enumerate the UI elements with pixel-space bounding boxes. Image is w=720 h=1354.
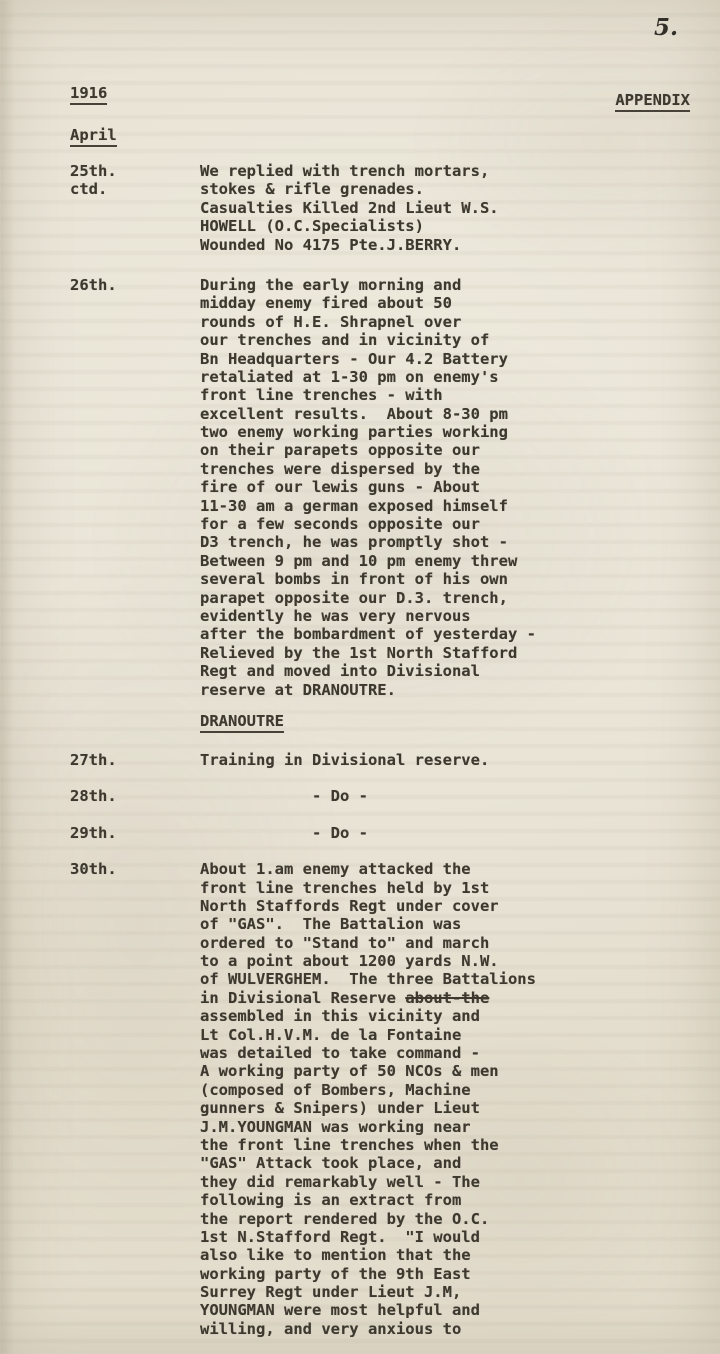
entry-line: trenches were dispersed by the xyxy=(200,460,720,478)
entry-line: parapet opposite our D.3. trench, xyxy=(200,589,720,607)
entry-line: midday enemy fired about 50 xyxy=(200,294,720,312)
entry-date-line: 29th. xyxy=(70,824,200,842)
entry-date-line: 30th. xyxy=(70,860,200,878)
entry-line: Bn Headquarters - Our 4.2 Battery xyxy=(200,350,720,368)
entry-line: Relieved by the 1st North Stafford xyxy=(200,644,720,662)
entry-line: willing, and very anxious to xyxy=(200,1320,720,1338)
entry-date: 29th. xyxy=(70,824,200,842)
entry-line: working party of the 9th East xyxy=(200,1265,720,1283)
entry-line: J.M.YOUNGMAN was working near xyxy=(200,1118,720,1136)
entry-line: Training in Divisional reserve. xyxy=(200,751,720,769)
entry-line: D3 trench, he was promptly shot - xyxy=(200,533,720,551)
diary-entry-30th: 30th. About 1.am enemy attacked thefront… xyxy=(0,860,720,1338)
entry-date-line: 27th. xyxy=(70,751,200,769)
entry-line: About 1.am enemy attacked the xyxy=(200,860,720,878)
entry-line: also like to mention that the xyxy=(200,1246,720,1264)
entry-line: - Do - xyxy=(200,824,720,842)
entry-body: About 1.am enemy attacked thefront line … xyxy=(200,860,720,1338)
entry-body: During the early morning andmidday enemy… xyxy=(200,276,720,699)
entry-line: front line trenches - with xyxy=(200,386,720,404)
entry-line: Casualties Killed 2nd Lieut W.S. xyxy=(200,199,720,217)
entry-line: North Staffords Regt under cover xyxy=(200,897,720,915)
entry-line: our trenches and in vicinity of xyxy=(200,331,720,349)
entry-line-text: in Divisional Reserve xyxy=(200,989,405,1007)
month-heading-text: April xyxy=(70,126,117,147)
entry-date: 30th. xyxy=(70,860,200,1338)
entry-date-continued: ctd. xyxy=(70,180,200,198)
entry-line: YOUNGMAN were most helpful and xyxy=(200,1301,720,1319)
strikethrough-text: about-the xyxy=(405,989,489,1007)
diary-entry-28th: 28th. - Do - xyxy=(0,787,720,805)
year-heading-text: 1916 xyxy=(70,84,107,105)
entry-line: in Divisional Reserve about-the xyxy=(200,989,720,1007)
entry-line: HOWELL (O.C.Specialists) xyxy=(200,217,720,235)
diary-entry-27th: 27th. Training in Divisional reserve. xyxy=(0,751,720,769)
entry-line: excellent results. About 8-30 pm xyxy=(200,405,720,423)
entry-line: During the early morning and xyxy=(200,276,720,294)
entry-line: Regt and moved into Divisional xyxy=(200,662,720,680)
entry-body: - Do - xyxy=(200,824,720,842)
diary-entries: 25th. ctd. We replied with trench mortar… xyxy=(0,162,720,1338)
entry-date: 27th. xyxy=(70,751,200,769)
entry-body: - Do - xyxy=(200,787,720,805)
page-number: 5. xyxy=(654,14,678,41)
diary-entry-29th: 29th. - Do - xyxy=(0,824,720,842)
entry-line: 1st N.Stafford Regt. "I would xyxy=(200,1228,720,1246)
entry-line: front line trenches held by 1st xyxy=(200,879,720,897)
entry-line: on their parapets opposite our xyxy=(200,441,720,459)
section-heading-text: DRANOUTRE xyxy=(200,712,284,733)
year-heading: 1916 xyxy=(70,84,107,105)
entry-line: A working party of 50 NCOs & men xyxy=(200,1062,720,1080)
entry-line: rounds of H.E. Shrapnel over xyxy=(200,313,720,331)
entry-line: assembled in this vicinity and xyxy=(200,1007,720,1025)
entry-body: We replied with trench mortars,stokes & … xyxy=(200,162,720,254)
entry-line: - Do - xyxy=(200,787,720,805)
entry-line: to a point about 1200 yards N.W. xyxy=(200,952,720,970)
entry-date-line: 28th. xyxy=(70,787,200,805)
entry-line: Wounded No 4175 Pte.J.BERRY. xyxy=(200,236,720,254)
entry-line: evidently he was very nervous xyxy=(200,607,720,625)
entry-line: "GAS" Attack took place, and xyxy=(200,1154,720,1172)
entry-line: after the bombardment of yesterday - xyxy=(200,625,720,643)
entry-line: two enemy working parties working xyxy=(200,423,720,441)
entry-line: gunners & Snipers) under Lieut xyxy=(200,1099,720,1117)
entry-line: was detailed to take command - xyxy=(200,1044,720,1062)
month-heading: April xyxy=(70,126,117,147)
diary-page: { "page": { "number": "5.", "year": "191… xyxy=(0,0,720,1354)
entry-line: reserve at DRANOUTRE. xyxy=(200,681,720,699)
entry-line: of "GAS". The Battalion was xyxy=(200,915,720,933)
entry-line: Surrey Regt under Lieut J.M, xyxy=(200,1283,720,1301)
entry-line: for a few seconds opposite our xyxy=(200,515,720,533)
entry-date: 26th. xyxy=(70,276,200,699)
diary-entry-26th: 26th. During the early morning andmidday… xyxy=(0,276,720,699)
entry-date-line: 26th. xyxy=(70,276,200,294)
entry-line: they did remarkably well - The xyxy=(200,1173,720,1191)
entry-date: 28th. xyxy=(70,787,200,805)
entry-line: ordered to "Stand to" and march xyxy=(200,934,720,952)
appendix-heading-text: APPENDIX xyxy=(615,91,690,112)
entry-line: the front line trenches when the xyxy=(200,1136,720,1154)
entry-line: following is an extract from xyxy=(200,1191,720,1209)
entry-date-line: 25th. xyxy=(70,162,200,180)
entry-line: several bombs in front of his own xyxy=(200,570,720,588)
entry-line: stokes & rifle grenades. xyxy=(200,180,720,198)
entry-line: the report rendered by the O.C. xyxy=(200,1210,720,1228)
entry-line: Lt Col.H.V.M. de la Fontaine xyxy=(200,1026,720,1044)
entry-line: retaliated at 1-30 pm on enemy's xyxy=(200,368,720,386)
entry-line: fire of our lewis guns - About xyxy=(200,478,720,496)
entry-line: (composed of Bombers, Machine xyxy=(200,1081,720,1099)
entry-line: Between 9 pm and 10 pm enemy threw xyxy=(200,552,720,570)
section-heading-dranoutre: DRANOUTRE xyxy=(200,712,720,733)
entry-body: Training in Divisional reserve. xyxy=(200,751,720,769)
entry-line: 11-30 am a german exposed himself xyxy=(200,497,720,515)
entry-line: of WULVERGHEM. The three Battalions xyxy=(200,970,720,988)
appendix-heading: APPENDIX xyxy=(615,91,690,112)
entry-date: 25th. ctd. xyxy=(70,162,200,254)
entry-line: We replied with trench mortars, xyxy=(200,162,720,180)
diary-entry-25th: 25th. ctd. We replied with trench mortar… xyxy=(0,162,720,254)
